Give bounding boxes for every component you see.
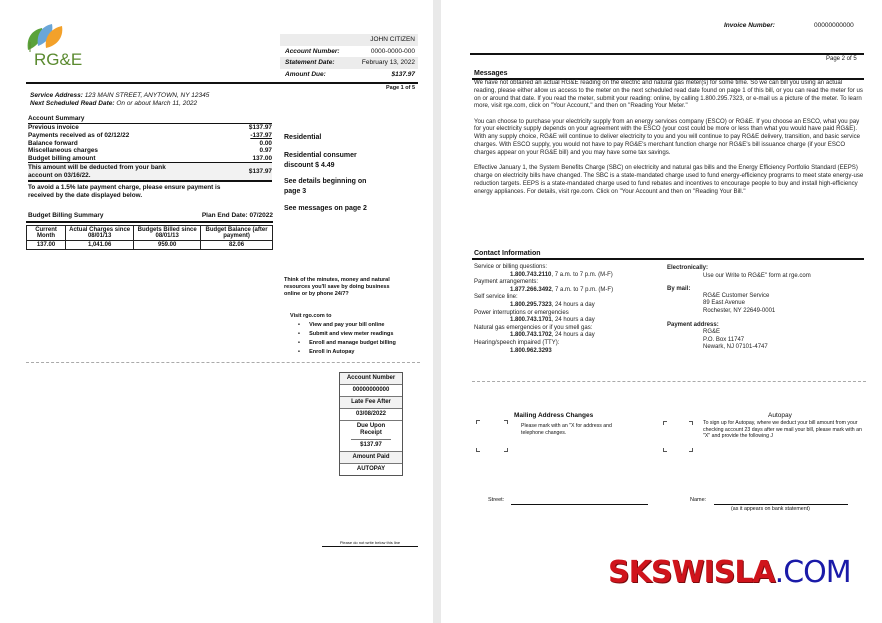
next-read-date: On or about March 11, 2022 — [116, 100, 197, 107]
deduction-amount: $137.97 — [249, 168, 272, 175]
visit-item: Submit and view meter readings — [309, 331, 393, 337]
stub-cell: $137.97 — [340, 440, 402, 452]
contact-title: Contact Information — [474, 250, 541, 257]
street-field[interactable] — [511, 504, 648, 505]
invoice-label: Invoice Number: — [724, 22, 775, 29]
stub-cell: Amount Paid — [340, 452, 402, 464]
service-info: Service Address: 123 MAIN STREET, ANYTOW… — [30, 92, 209, 107]
summary-value: 0.00 — [260, 140, 272, 147]
message-paragraph: Effective January 1, the System Benefits… — [474, 164, 864, 195]
budget-header: Current Month — [27, 226, 66, 241]
watermark-part1: SKSWISLA — [608, 555, 775, 590]
contact-phones: Service or billing questions: 1.800.743.… — [474, 264, 613, 355]
visit-item: Enroll and manage budget billing — [309, 340, 396, 346]
payment-line: Newark, NJ 07101-4747 — [703, 344, 811, 352]
stub-cell: 00000000000 — [340, 385, 402, 397]
contact-number: 1.800.295.7323 — [510, 302, 552, 308]
mailing-text: Please mark with an "X for address and t… — [521, 423, 621, 436]
late-charge-note: To avoid a 1.5% late payment charge, ple… — [28, 184, 248, 199]
contact-number: 1.800.962.3293 — [510, 348, 552, 354]
account-summary-title: Account Summary — [28, 115, 272, 122]
page-number: Page 1 of 5 — [386, 85, 415, 91]
customer-name: JOHN CITIZEN — [370, 36, 415, 43]
summary-value: 0.97 — [260, 147, 272, 154]
summary-label: Budget billing amount — [28, 155, 95, 162]
statement-date-label: Statement Date: — [285, 59, 334, 66]
statement-date-value: February 13, 2022 — [362, 59, 415, 66]
account-summary: Account Summary Previous invoice$137.97 … — [28, 115, 272, 199]
amount-due-label: Amount Due: — [285, 71, 326, 78]
account-number-value: 0000-0000-000 — [371, 48, 415, 55]
plan-end-date: Plan End Date: 07/2022 — [202, 212, 273, 219]
service-address: 123 MAIN STREET, ANYTOWN, NY 12345 — [85, 92, 210, 99]
contact-number: 1.877.266.3492 — [510, 287, 552, 293]
amount-due-value: $137.97 — [392, 71, 416, 78]
summary-value: 137.00 — [252, 155, 272, 162]
account-number-label: Account Number: — [285, 48, 340, 55]
budget-header: Budget Balance (after payment) — [201, 226, 273, 241]
account-header-box: JOHN CITIZEN Account Number:0000-0000-00… — [280, 34, 418, 80]
name-note: (as it appears on bank statement) — [731, 506, 810, 512]
tear-line — [26, 362, 420, 363]
stub-cell: Account Number — [340, 373, 402, 385]
mailing-title: Mailing Address Changes — [514, 412, 593, 419]
budget-value: 82.06 — [201, 241, 273, 250]
message-paragraph: You can choose to purchase your electric… — [474, 118, 864, 157]
payment-line: P.O. Box 11747 — [703, 337, 811, 345]
stub-cell: 03/08/2022 — [340, 409, 402, 421]
visit-title: Visit rgo.com to — [290, 312, 396, 321]
header-rule — [26, 82, 418, 84]
deduction-note: This amount will be deducted from your b… — [28, 164, 188, 179]
leaf-icon — [24, 22, 74, 52]
contact-number: 1.800.743.1701 — [510, 317, 552, 323]
promo-text: Think of the minutes, money and natural … — [284, 277, 406, 298]
electronically-text: Use our Write to RG&E" form at rge.com — [667, 273, 811, 281]
payment-address-label: Payment address: — [667, 322, 811, 330]
electronically-label: Electronically: — [667, 265, 811, 273]
stub-cell: AUTOPAY — [340, 464, 402, 475]
service-address-label: Service Address: — [30, 92, 83, 99]
note-messages: See messages on page 2 — [284, 204, 367, 214]
summary-label: Miscellaneous charges — [28, 147, 98, 154]
contact-addresses: Electronically: Use our Write to RG&E" f… — [667, 265, 811, 352]
bill-page-1: RG&E JOHN CITIZEN Account Number:0000-00… — [0, 0, 433, 623]
summary-label: Previous invoice — [28, 124, 79, 131]
payment-line: RG&E — [703, 329, 811, 337]
visit-item: Enroll in Autopay — [309, 349, 354, 355]
note-residential: Residential — [284, 133, 321, 143]
budget-billing-table: Current Month Actual Charges since 08/01… — [26, 225, 273, 250]
stub-cell: Due Upon Receipt — [351, 421, 391, 440]
watermark-part2: .COM — [775, 555, 851, 590]
budget-header: Actual Charges since 08/01/13 — [66, 226, 134, 241]
note-details: See details beginning on page 3 — [284, 177, 369, 197]
payment-stub: Account Number 00000000000 Late Fee Afte… — [339, 372, 403, 476]
budget-billing-title: Budget Billing Summary — [28, 212, 103, 219]
budget-value: 1,041.06 — [66, 241, 134, 250]
contact-label: Service or billing questions: — [474, 264, 613, 272]
contact-label: Payment arrangements: — [474, 279, 613, 287]
address-change-checkbox[interactable] — [476, 420, 508, 452]
mail-line: Rochester, NY 22649-0001 — [703, 308, 811, 316]
note-discount: Residential consumer discount $ 4.49 — [284, 151, 384, 171]
invoice-number: 00000000000 — [814, 22, 854, 29]
contact-hours: , 24 hours a day — [552, 332, 595, 338]
name-field[interactable] — [714, 504, 848, 505]
contact-hours: , 24 hours a day — [552, 302, 595, 308]
visit-list: Visit rgo.com to • View and pay your bil… — [290, 312, 396, 357]
street-label: Street: — [488, 497, 504, 503]
tear-line — [472, 381, 866, 382]
page-number: Page 2 of 5 — [826, 56, 857, 62]
autopay-text: To sign up for Autopay, where we deduct … — [703, 420, 863, 440]
autopay-checkbox[interactable] — [663, 421, 693, 452]
contact-hours: , 7 a.m. to 7 p.m. (M-F) — [552, 287, 613, 293]
visit-item: View and pay your bill online — [309, 322, 384, 328]
messages-body: We have not obtained an actual RG&E read… — [474, 79, 864, 203]
next-read-label: Next Scheduled Read Date: — [30, 100, 115, 107]
contact-label: Self service line: — [474, 294, 613, 302]
contact-label: Natural gas emergencies or if you smell … — [474, 325, 613, 333]
budget-header: Budgets Billed since 08/01/13 — [134, 226, 201, 241]
contact-label: Power interruptions or emergencies — [474, 310, 613, 318]
summary-value: -137.97 — [238, 132, 272, 139]
messages-title: Messages — [474, 70, 507, 77]
budget-value: 137.00 — [27, 241, 66, 250]
stub-cell: Late Fee After — [340, 397, 402, 409]
summary-label: Balance forward — [28, 140, 78, 147]
summary-label: Payments received as of 02/12/22 — [28, 132, 129, 139]
mail-line: RG&E Customer Service — [703, 293, 811, 301]
contact-label: Hearing/speech impaired (TTY): — [474, 340, 613, 348]
contact-number: 1.800.743.2110 — [510, 272, 551, 278]
mail-line: 89 East Avenue — [703, 300, 811, 308]
contact-number: 1.800.743.1702 — [510, 332, 552, 338]
contact-hours: , 7 a.m. to 7 p.m. (M-F) — [551, 272, 612, 278]
summary-value: $137.97 — [249, 124, 272, 131]
budget-billing-header: Budget Billing Summary Plan End Date: 07… — [28, 212, 273, 219]
message-paragraph: We have not obtained an actual RG&E read… — [474, 79, 864, 110]
autopay-title: Autopay — [768, 412, 792, 419]
name-label: Name: — [690, 497, 706, 503]
logo-text: RG&E — [34, 50, 82, 70]
do-not-write-line: Please do not write below this line — [322, 540, 418, 547]
watermark: SKSWISLA.COM — [608, 555, 851, 590]
rge-logo: RG&E — [24, 22, 74, 67]
budget-value: 959.00 — [134, 241, 201, 250]
contact-hours: , 24 hours a day — [552, 317, 595, 323]
